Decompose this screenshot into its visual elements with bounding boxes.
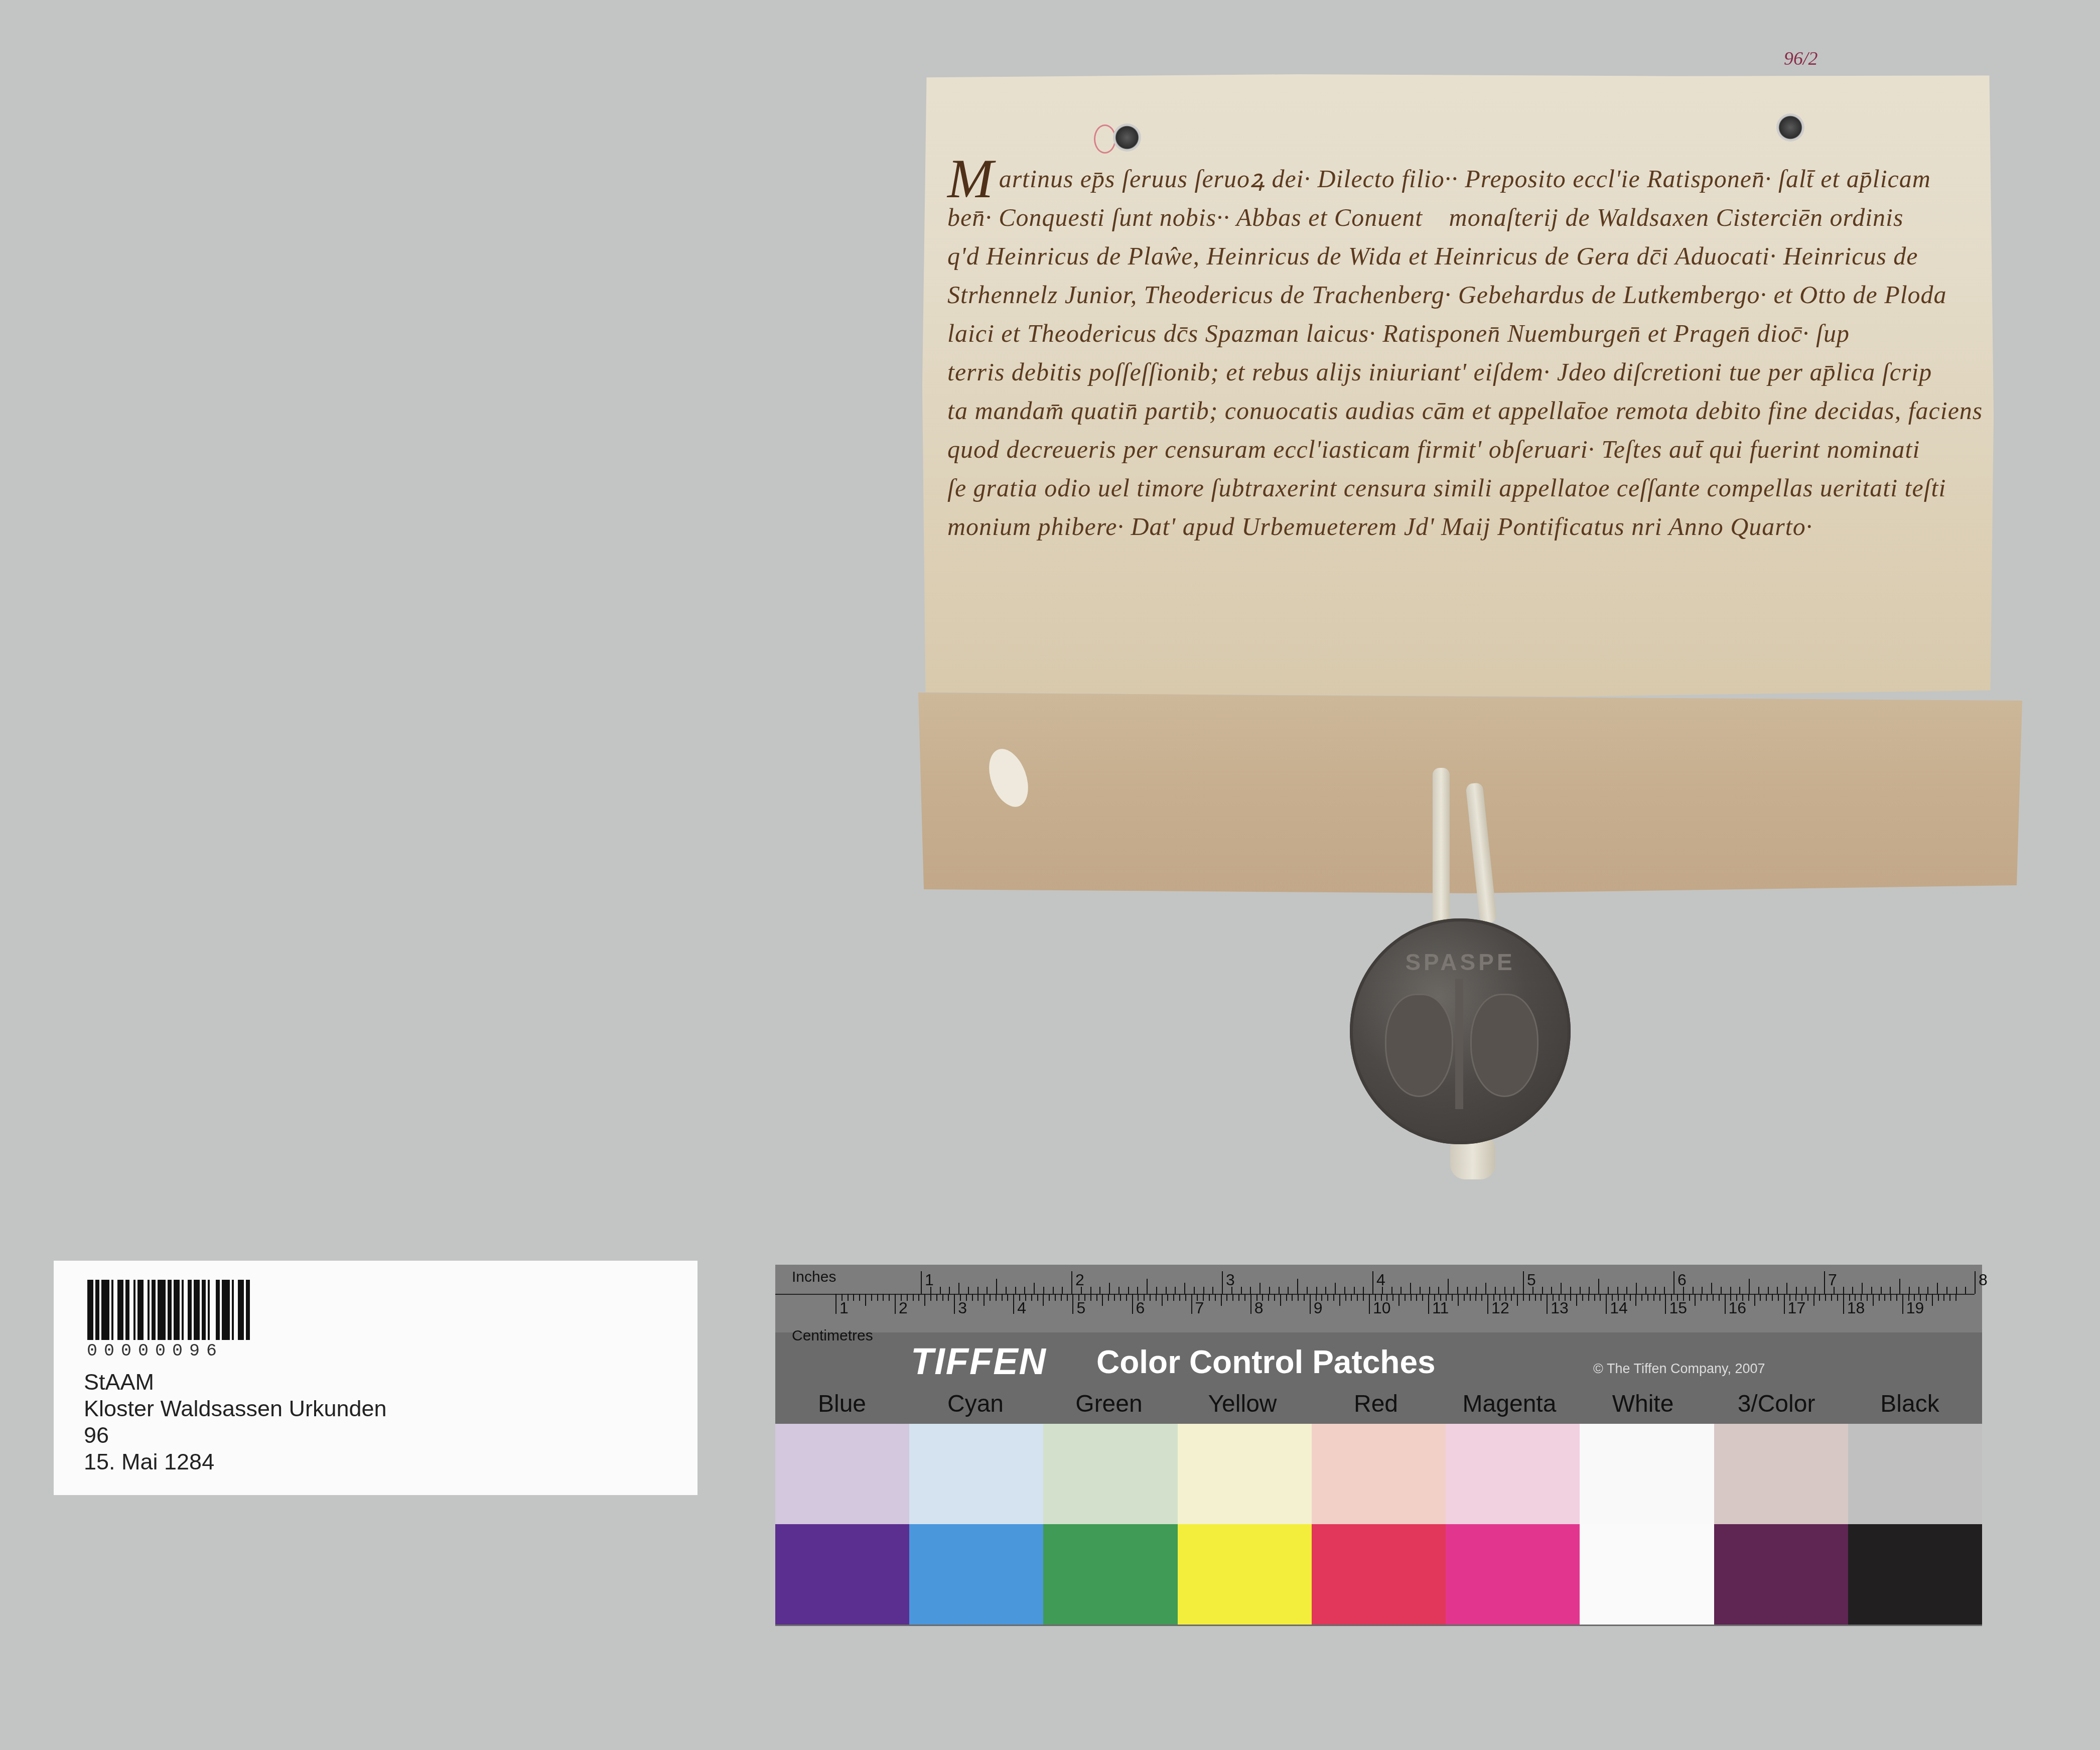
ruler-tick [1156,1287,1157,1294]
cm-mark: 7 [1195,1299,1204,1317]
ruler-tick [987,1287,988,1294]
light-patches [775,1424,1982,1524]
ruler-tick [1375,1294,1376,1301]
ruler-tick [1547,1294,1548,1314]
ruler-tick [853,1294,854,1301]
ruler-tick [1357,1294,1358,1301]
ruler-tick [1636,1283,1637,1294]
patch-names: BlueCyanGreenYellowRedMagentaWhite3/Colo… [775,1390,1982,1418]
dark-patch-blue [775,1524,909,1625]
charter-line: ſe gratia odio uel timore ſubtraxerint c… [947,469,1981,507]
ruler-tick [1401,1287,1402,1294]
light-patch-red [1312,1424,1446,1524]
cm-mark: 18 [1847,1299,1865,1317]
ruler-tick [930,1294,931,1301]
ruler-tick [913,1294,914,1301]
patch-name-3color: 3/Color [1710,1390,1843,1418]
cm-mark: 14 [1610,1299,1628,1317]
ruler-tick [1031,1294,1032,1301]
ruler-tick [1645,1287,1646,1294]
ruler-tick [1099,1287,1100,1294]
ruler-tick [1504,1287,1505,1294]
ruler-tick [1458,1294,1459,1306]
ruler-tick [1580,1287,1581,1294]
ruler-tick [1956,1287,1957,1294]
barcode-bar [238,1280,244,1340]
patch-name-magenta: Magenta [1443,1390,1576,1418]
ruler-tick [1333,1294,1334,1301]
dark-patches [775,1524,1982,1625]
ruler-tick [1162,1294,1163,1306]
ruler-tick [949,1287,950,1294]
ruler-tick [842,1294,843,1301]
dark-patch-yellow [1178,1524,1312,1625]
tiffen-logo: TIFFEN [911,1340,1047,1383]
ruler-tick [1351,1294,1352,1301]
ruler-tick [1297,1279,1298,1294]
ruler-tick [1411,1294,1412,1301]
light-patch-white [1580,1424,1714,1524]
barcode-bar [194,1280,200,1340]
barcode-bar [174,1280,180,1340]
ruler-tick [1861,1294,1862,1301]
ruler-tick [1452,1294,1453,1301]
ruler-tick [1834,1287,1835,1294]
ruler-tick [1102,1294,1103,1306]
barcode-bar [137,1280,144,1340]
ruler-tick [1890,1294,1891,1301]
ruler-tick [1398,1294,1399,1306]
ruler-tick [1156,1294,1157,1301]
ruler-tick [1721,1287,1722,1294]
ruler-tick [966,1294,967,1301]
ruler-tick [1641,1294,1642,1301]
ruler-tick [1975,1271,1976,1294]
ruler-tick [1354,1287,1355,1294]
plica-hole [982,744,1036,813]
charter-line: ta mandam̄ quatin̄ partib; conuocatis au… [947,391,1981,430]
barcode-bar [250,1280,252,1340]
ruler-tick [1316,1287,1317,1294]
ruler-tick [1344,1287,1345,1294]
ruler-tick [1813,1294,1814,1306]
ruler-tick [1739,1287,1740,1294]
patch-name-red: Red [1309,1390,1443,1418]
ruler-tick [1109,1283,1110,1294]
inch-mark: 4 [1376,1271,1385,1289]
ruler-tick [1043,1287,1044,1294]
ruler-tick [1749,1279,1750,1294]
ruler-tick [1238,1294,1239,1301]
ruler-tick [1298,1294,1299,1301]
ruler-tick [1702,1287,1703,1294]
ruler-tick [1307,1287,1308,1294]
archive-mark: 96/2 [1784,48,1818,70]
ruler-tick [895,1294,896,1314]
ruler-tick [1647,1294,1648,1301]
ruler-tick [1946,1287,1947,1294]
ruler-tick [1055,1294,1056,1301]
ruler-tick [1209,1294,1210,1301]
charter-line: laici et Theodericus dc̄s Spazman laicus… [947,314,1981,353]
barcode-bar [210,1280,216,1340]
barcode-bar [222,1280,230,1340]
ruler-tick [1748,1294,1749,1301]
ruler-tick [1570,1294,1571,1301]
ruler-tick [1434,1294,1435,1301]
cm-mark: 13 [1551,1299,1569,1317]
ruler-tick [1742,1294,1743,1301]
ruler-tick [1884,1294,1885,1301]
ruler-tick [930,1287,931,1294]
light-patch-3color [1714,1424,1848,1524]
barcode-bar [117,1280,123,1340]
ruler-tick [1600,1294,1601,1301]
dark-patch-black [1848,1524,1982,1625]
ruler-tick [1310,1294,1311,1314]
ruler-tick [1363,1287,1364,1294]
dark-patch-cyan [909,1524,1043,1625]
barcode-bar [234,1280,238,1340]
ruler-tick [1405,1294,1406,1301]
ruler-tick [936,1294,937,1301]
ruler-tick [1570,1287,1571,1294]
ruler-tick [1618,1294,1619,1301]
ruler-tick [1372,1271,1373,1294]
ruler-tick [1511,1294,1512,1301]
cm-mark: 5 [1076,1299,1085,1317]
ruler-tick [1197,1294,1198,1301]
ruler-tick [1166,1287,1167,1294]
ruler-tick [1777,1287,1778,1294]
ruler-tick [848,1294,849,1301]
ruler-tick [1007,1294,1008,1301]
ruler-tick [1475,1294,1476,1301]
ruler-tick [1849,1294,1850,1301]
ruler-tick [1043,1294,1044,1306]
ruler-tick [1241,1287,1242,1294]
barcode-bar [158,1280,166,1340]
ruler-tick [1576,1294,1577,1306]
ruler-tick [1391,1287,1392,1294]
ruler-tick [1713,1294,1714,1301]
seal-cord [1433,768,1450,933]
ruler-tick [1034,1283,1035,1294]
ruler-tick [859,1294,860,1301]
ruler-tick [1707,1294,1708,1301]
inch-mark: 6 [1677,1271,1687,1289]
ruler-tick [1268,1294,1269,1301]
ruler-tick [1286,1294,1287,1301]
ruler-tick [1624,1294,1625,1301]
ruler-tick [1386,1294,1387,1301]
charter-line: terris debitis poſſeſſionib; et rebus al… [947,353,1981,391]
ruler-tick [877,1294,878,1301]
ruler-tick [1801,1294,1802,1301]
ruler-tick [1269,1287,1270,1294]
ruler-tick [1194,1287,1195,1294]
ruler-tick [1037,1294,1038,1301]
ruler-tick [1212,1287,1213,1294]
patch-name-blue: Blue [775,1390,909,1418]
ruler-tick [1345,1294,1346,1301]
charter-line: q'd Heinricus de Plaŵe, Heinricus de Wid… [947,237,1981,276]
ruler: Inches 12345678 123456789101112131415161… [775,1265,1982,1332]
ruler-tick [984,1294,985,1306]
seal-legend: SPASPE [1350,949,1571,976]
dark-patch-green [1043,1524,1177,1625]
cm-mark: 1 [839,1299,849,1317]
ruler-tick [1594,1294,1595,1301]
cm-mark: 9 [1314,1299,1323,1317]
ruler-tick [1559,1294,1560,1301]
ruler-tick [1363,1294,1364,1301]
charter-line: Strhennelz Junior, Theodericus de Trache… [947,276,1981,314]
barcode-bar [113,1280,117,1340]
ruler-tick [1736,1294,1737,1301]
ruler-tick [1137,1287,1138,1294]
ruler-tick [1429,1287,1430,1294]
ruler-tick [1244,1294,1245,1301]
dark-patch-red [1312,1524,1446,1625]
ruler-tick [1132,1294,1133,1314]
ruler-tick [1937,1283,1938,1294]
ruler-tick [1949,1294,1950,1301]
cm-mark: 8 [1254,1299,1264,1317]
ruler-tick [1908,1294,1909,1301]
ruler-tick [924,1294,925,1306]
ruler-tick [990,1294,991,1301]
ruler-tick [1259,1283,1261,1294]
ruler-tick [1175,1287,1176,1294]
barcode [87,1280,323,1340]
ruler-tick [1222,1271,1223,1294]
ruler-tick [1695,1294,1696,1306]
ruler-tick [1382,1287,1383,1294]
ruler-tick [1541,1294,1542,1301]
ruler-tick [1015,1287,1016,1294]
ruler-tick [1626,1287,1627,1294]
copyright: © The Tiffen Company, 2007 [1593,1361,1765,1377]
ruler-tick [1013,1294,1014,1314]
cm-mark: 17 [1788,1299,1806,1317]
ruler-tick [1231,1287,1232,1294]
barcode-bar [144,1280,148,1340]
ruler-tick [1262,1294,1263,1301]
ruler-tick [1606,1294,1607,1314]
ruler-tick [1487,1294,1488,1314]
ruler-tick [1440,1294,1441,1301]
ruler-tick [1730,1287,1731,1294]
ruler-tick [1138,1294,1139,1301]
barcode-bar [129,1280,133,1340]
label-archive: StAAM [84,1369,387,1395]
ruler-tick [1316,1294,1317,1301]
ruler-tick [1831,1294,1832,1301]
ruler-tick [1772,1294,1773,1301]
ruler-tick [1184,1283,1185,1294]
ruler-tick [1805,1287,1806,1294]
ruler-tick [1493,1294,1494,1301]
ruler-tick [1529,1294,1530,1301]
ruler-tick [883,1294,884,1301]
ruler-tick [1852,1287,1853,1294]
ruler-tick [1932,1294,1933,1306]
ruler-tick [1653,1294,1654,1301]
cm-mark: 12 [1491,1299,1509,1317]
patch-name-white: White [1576,1390,1710,1418]
ruler-tick [1881,1287,1882,1294]
ruler-tick [1664,1287,1665,1294]
label-date: 15. Mai 1284 [84,1448,387,1475]
ruler-tick [1635,1294,1636,1306]
ruler-tick [1784,1294,1785,1314]
ruler-tick [1470,1294,1471,1301]
ruler-tick [1655,1287,1656,1294]
ruler-tick [1683,1287,1684,1294]
ruler-tick [1024,1287,1025,1294]
ruler-tick [1090,1287,1091,1294]
ruler-tick [1495,1287,1496,1294]
ruler-tick [921,1271,922,1294]
ruler-tick [1120,1294,1121,1301]
ruler-tick [1108,1294,1109,1301]
dark-patch-magenta [1446,1524,1580,1625]
ruler-tick [1871,1287,1872,1294]
cm-mark: 6 [1136,1299,1145,1317]
catalogue-label: 00000096 StAAM Kloster Waldsassen Urkund… [54,1261,697,1495]
light-patch-magenta [1446,1424,1580,1524]
ruler-tick [1843,1294,1844,1314]
ruler-tick [1896,1294,1897,1301]
cm-mark: 4 [1017,1299,1026,1317]
ruler-tick [1274,1294,1275,1301]
ruler-tick [940,1287,941,1294]
ruler-tick [1532,1287,1533,1294]
ruler-tick [1485,1283,1486,1294]
ruler-tick [1542,1287,1543,1294]
cm-mark: 11 [1432,1299,1449,1317]
ruler-tick [1588,1294,1589,1301]
ruler-tick [1428,1294,1429,1314]
ruler-tick [1630,1294,1631,1301]
ruler-tick [1304,1294,1305,1301]
ruler-tick [1754,1294,1755,1306]
ruler-tick [1617,1287,1618,1294]
ruler-tick [1185,1294,1186,1301]
ruler-tick [1126,1294,1127,1301]
ruler-tick [1090,1294,1091,1301]
ruler-tick [1321,1294,1322,1301]
ruler-tick [1335,1283,1336,1294]
ruler-tick [1071,1271,1072,1294]
inch-mark: 5 [1527,1271,1536,1289]
ruler-tick [1760,1294,1761,1301]
barcode-bar [101,1280,109,1340]
ruler-tick [948,1294,949,1301]
ruler-tick [1215,1294,1216,1301]
ruler-tick [1226,1294,1227,1301]
ruler-tick [1824,1271,1825,1294]
ruler-tick [1150,1294,1151,1301]
ruler-tick [960,1294,961,1301]
tiffen-color-card: Inches 12345678 123456789101112131415161… [775,1265,1982,1626]
patch-name-green: Green [1042,1390,1176,1418]
ruler-tick [1420,1287,1421,1294]
ruler-tick [1693,1287,1694,1294]
charter-line-text: artinus ep̄s ſeruus ſeruoꝝ dei· Dilecto … [999,165,1931,193]
ruler-tick [1523,1271,1524,1294]
ruler-tick [1535,1294,1536,1301]
ruler-tick [1250,1294,1251,1314]
barcode-bar [184,1280,188,1340]
ruler-tick [1499,1294,1500,1301]
ruler-tick [1551,1287,1552,1294]
ruler-tick [942,1294,943,1301]
ruler-tick [1327,1294,1328,1301]
ruler-tick [1147,1279,1148,1294]
ruler-tick [1814,1287,1815,1294]
ruler-tick [1339,1294,1340,1306]
light-patch-yellow [1178,1424,1312,1524]
ruler-tick [1081,1287,1082,1294]
ruler-tick [1232,1294,1233,1301]
ruler-tick [1561,1283,1562,1294]
barcode-bar [168,1280,172,1340]
ruler-inches-label: Inches [792,1269,836,1286]
dark-patch-3color [1714,1524,1848,1625]
ruler-tick [1926,1294,1927,1301]
ruler-tick [1671,1294,1672,1301]
cm-mark: 15 [1669,1299,1687,1317]
barcode-bar [95,1280,99,1340]
ruler-tick [1899,1279,1900,1294]
ruler-tick [1144,1294,1145,1301]
ruler-tick [958,1283,959,1294]
ruler-tick [1221,1294,1222,1306]
ruler-tick [1862,1283,1863,1294]
ruler-tick [1422,1294,1423,1301]
ruler-tick [1128,1287,1129,1294]
barcode-bar [152,1280,156,1340]
ruler-tick [1608,1287,1609,1294]
ruler-tick [1114,1294,1115,1301]
inch-mark: 7 [1828,1271,1837,1289]
ruler-tick [1683,1294,1684,1301]
ruler-tick [1067,1294,1068,1301]
light-patch-cyan [909,1424,1043,1524]
ruler-tick [1689,1294,1690,1301]
ruler-centimetres-label: Centimetres [792,1327,873,1344]
lead-bulla-seal: SPASPE [1350,918,1571,1144]
ruler-tick [918,1294,919,1301]
ruler-tick [1446,1294,1447,1301]
ruler-tick [1665,1294,1666,1314]
barcode-bar [202,1280,206,1340]
ruler-tick [1457,1287,1458,1294]
dark-patch-white [1580,1524,1714,1625]
mounting-pin-right [1776,113,1804,142]
charter-line: quod decreueris per censuram eccl'iastic… [947,430,1981,469]
ruler-tick [1505,1294,1506,1301]
ruler-tick [1938,1294,1939,1301]
ruler-tick [1481,1294,1482,1301]
ruler-tick [1049,1294,1050,1301]
ruler-tick [1873,1294,1874,1306]
ruler-tick [1053,1287,1054,1294]
ruler-tick [1673,1271,1674,1294]
inch-mark: 3 [1226,1271,1235,1289]
